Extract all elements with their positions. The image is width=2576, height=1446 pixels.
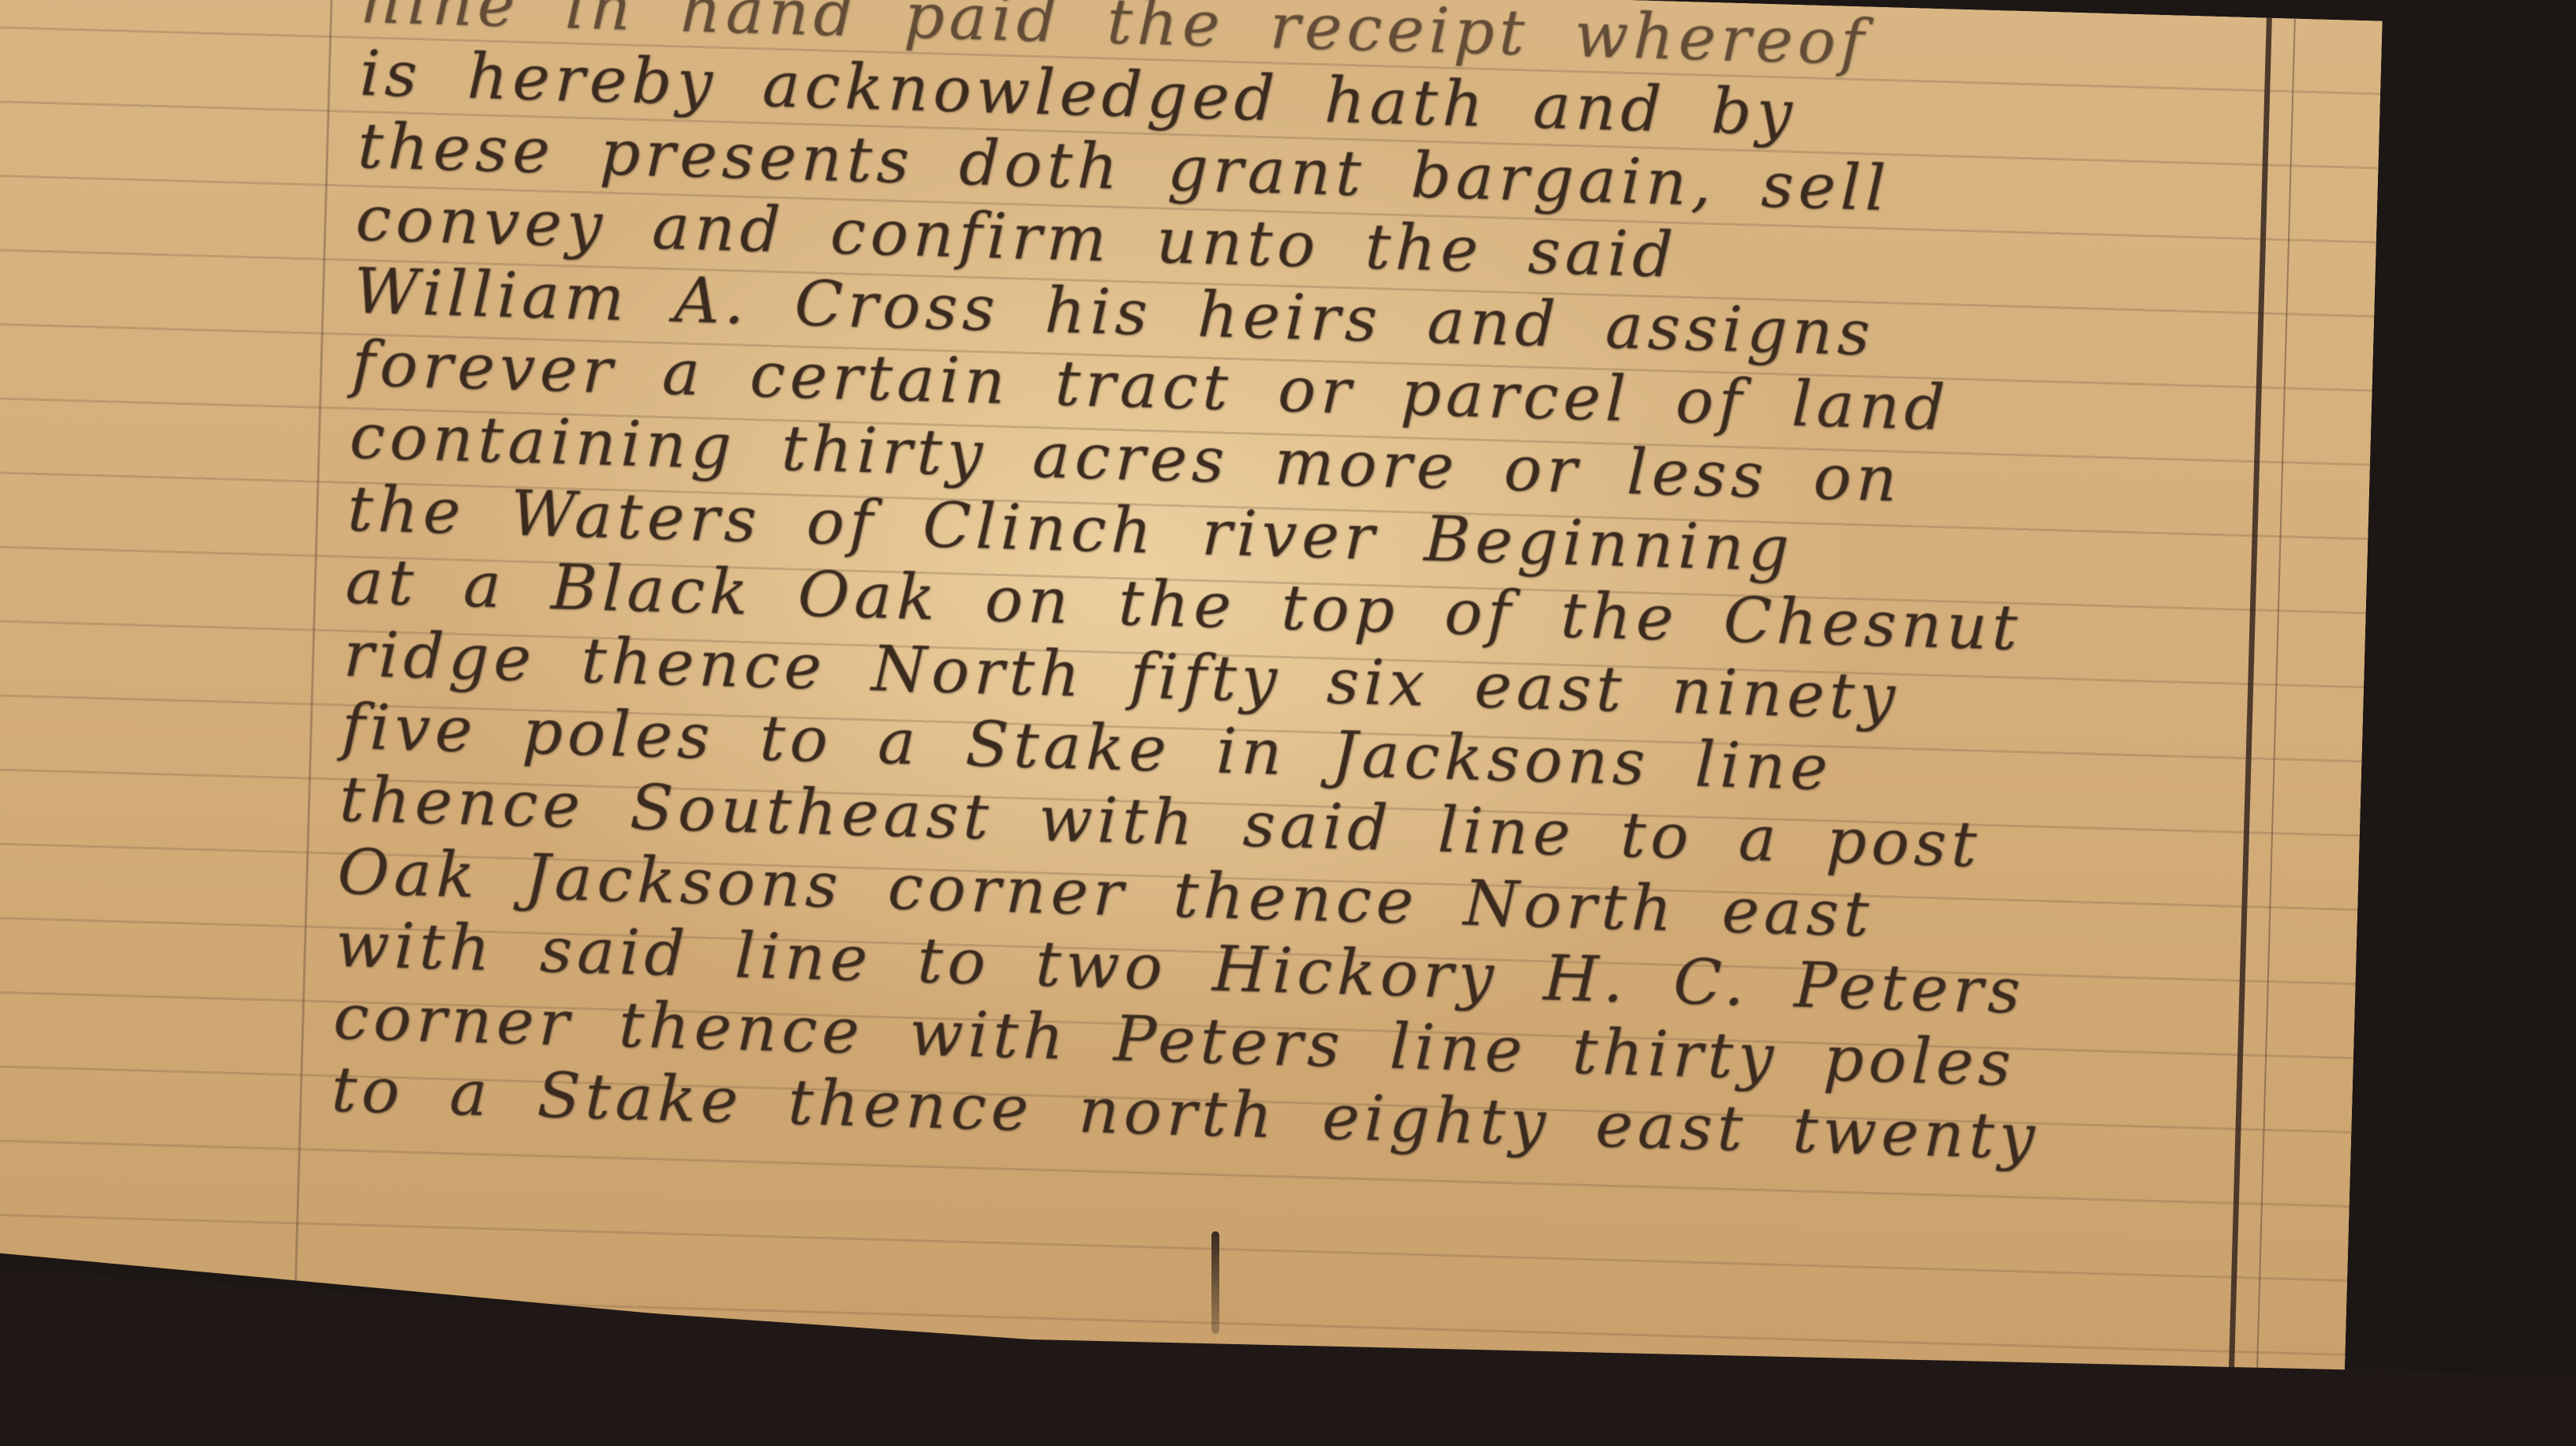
ledger-page: hine in hand paid the receipt whereof is… xyxy=(0,0,2383,1410)
photo-scene: hine in hand paid the receipt whereof is… xyxy=(0,0,2576,1446)
ink-drip-mark xyxy=(1211,1231,1219,1334)
left-margin-line xyxy=(293,0,334,1352)
handwritten-text-block: hine in hand paid the receipt whereof is… xyxy=(331,0,2271,1179)
right-edge-shadow xyxy=(2387,0,2576,1446)
